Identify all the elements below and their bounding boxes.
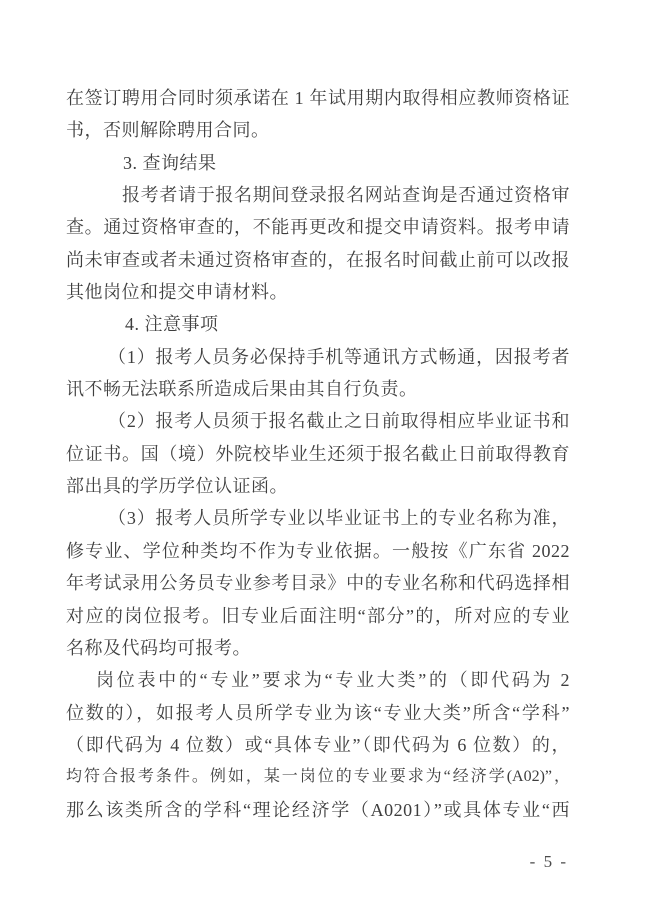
document-line: 报考者请于报名期间登录报名网站查询是否通过资格审	[66, 179, 570, 211]
document-line: 讯不畅无法联系所造成后果由其自行负责。	[66, 373, 570, 405]
document-line: 位数的），如报考人员所学专业为该“专业大类”所含“学科”	[66, 697, 570, 729]
document-line: 书，否则解除聘用合同。	[66, 114, 570, 146]
document-line: 尚未审查或者未通过资格审查的，在报名时间截止前可以改报	[66, 244, 570, 276]
document-line: 4. 注意事项	[66, 308, 570, 340]
document-line: （2）报考人员须于报名截止之日前取得相应毕业证书和学	[66, 405, 570, 437]
document-line: 部出具的学历学位认证函。	[66, 470, 570, 502]
document-line: 其他岗位和提交申请材料。	[66, 276, 570, 308]
document-page: 在签订聘用合同时须承诺在 1 年试用期内取得相应教师资格证书，否则解除聘用合同。…	[0, 0, 650, 919]
document-line: 3. 查询结果	[66, 147, 570, 179]
document-line: 查。通过资格审查的，不能再更改和提交申请资料。报考申请	[66, 211, 570, 243]
document-line: 位证书。国（境）外院校毕业生还须于报名截止日前取得教育	[66, 438, 570, 470]
document-line: （1）报考人员务必保持手机等通讯方式畅通，因报考者通	[66, 341, 570, 373]
document-line: 修专业、学位种类均不作为专业依据。一般按《广东省 2022	[66, 535, 570, 567]
document-line: 那么该类所含的学科“理论经济学（A0201）”或具体专业“西	[66, 794, 570, 826]
document-line: 对应的岗位报考。旧专业后面注明“部分”的，所对应的专业	[66, 600, 570, 632]
document-line: 名称及代码均可报考。	[66, 632, 570, 664]
document-line: （即代码为 4 位数）或“具体专业”（即代码为 6 位数）的，	[66, 729, 570, 761]
document-line: 均符合报考条件。例如，某一岗位的专业要求为“经济学(A02)”，	[66, 761, 570, 793]
document-line: （3）报考人员所学专业以毕业证书上的专业名称为准，辅	[66, 502, 570, 534]
document-line: 岗位表中的“专业”要求为“专业大类”的（即代码为 2	[66, 664, 570, 696]
page-number: - 5 -	[530, 851, 568, 873]
document-body: 在签订聘用合同时须承诺在 1 年试用期内取得相应教师资格证书，否则解除聘用合同。…	[66, 82, 570, 826]
document-line: 年考试录用公务员专业参考目录》中的专业名称和代码选择相	[66, 567, 570, 599]
document-line: 在签订聘用合同时须承诺在 1 年试用期内取得相应教师资格证	[66, 82, 570, 114]
